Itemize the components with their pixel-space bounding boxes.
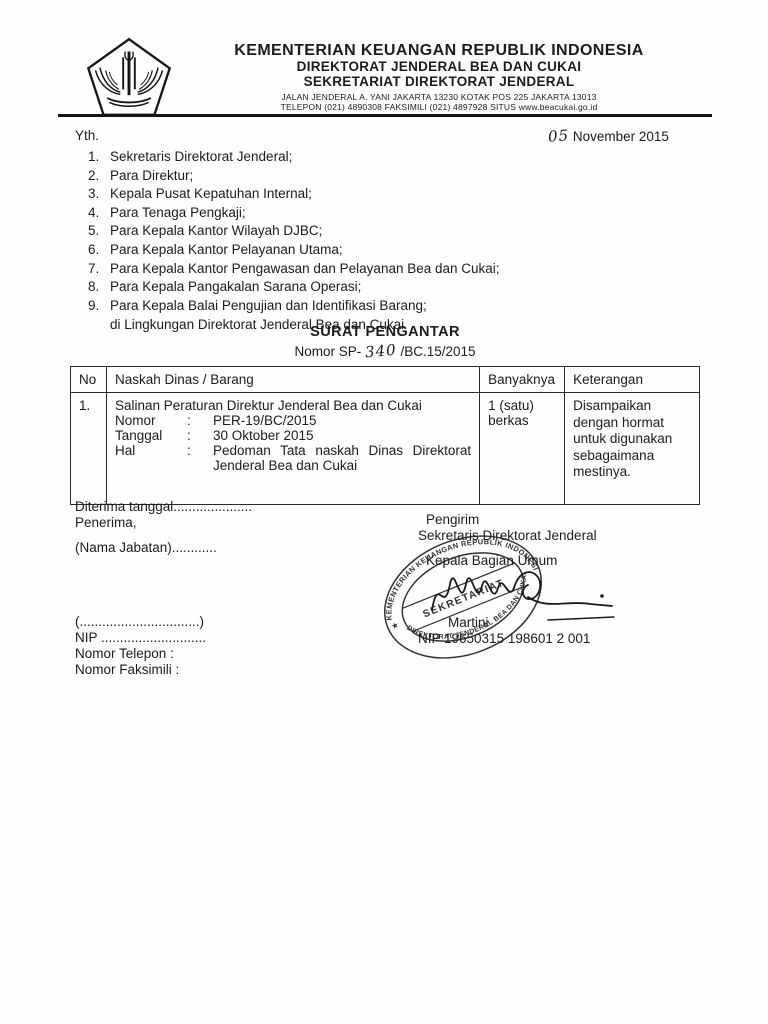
stamp-star: ★ xyxy=(390,619,401,631)
recipient-list: 1.Sekretaris Direktorat Jenderal; 2.Para… xyxy=(88,148,500,335)
list-item-text: Para Kepala Pangakalan Sarana Operasi; xyxy=(110,278,361,297)
receiver-label: Penerima, xyxy=(75,515,252,531)
column-header-note: Keterangan xyxy=(565,367,700,393)
list-item-number: 9. xyxy=(88,297,110,316)
table-row: 1. Salinan Peraturan Direktur Jenderal B… xyxy=(71,393,700,505)
list-item-number: 5. xyxy=(88,222,110,241)
list-item: 5.Para Kepala Kantor Wilayah DJBC; xyxy=(88,222,500,241)
cell-note: Disampaikan dengan hormat untuk digunaka… xyxy=(565,393,700,505)
letter-date-rest: November 2015 xyxy=(573,129,669,144)
field-colon: : xyxy=(187,413,213,428)
letter-number: Nomor SP- 340 /BC.15/2015 xyxy=(70,342,700,360)
list-item-number: 4. xyxy=(88,204,110,223)
cell-quantity: 1 (satu) berkas xyxy=(480,393,565,505)
field-colon: : xyxy=(187,443,213,473)
letter-title: SURAT PENGANTAR xyxy=(70,324,700,340)
item-field: Tanggal : 30 Oktober 2015 xyxy=(115,428,471,443)
list-item-text: Para Kepala Kantor Wilayah DJBC; xyxy=(110,222,322,241)
list-item-text: Para Tenaga Pengkaji; xyxy=(110,204,246,223)
field-label: Hal xyxy=(115,443,187,473)
letterhead-ministry: KEMENTERIAN KEUANGAN REPUBLIK INDONESIA xyxy=(150,42,728,59)
letterhead-directorate: DIREKTORAT JENDERAL BEA DAN CUKAI xyxy=(150,59,728,74)
receiver-phone-line: Nomor Telepon : xyxy=(75,646,252,662)
column-header-qty: Banyaknya xyxy=(480,367,565,393)
receiver-fax-line: Nomor Faksimili : xyxy=(75,662,252,678)
cell-item: Salinan Peraturan Direktur Jenderal Bea … xyxy=(106,393,479,505)
receiver-name-line: (................................) xyxy=(75,614,252,630)
list-item-text: Sekretaris Direktorat Jenderal; xyxy=(110,148,292,167)
signature-svg xyxy=(424,558,624,636)
list-item: 9.Para Kepala Balai Pengujian dan Identi… xyxy=(88,297,500,316)
letter-title-block: SURAT PENGANTAR Nomor SP- 340 /BC.15/201… xyxy=(70,324,700,360)
salutation: Yth. xyxy=(75,128,99,143)
list-item-text: Para Kepala Kantor Pengawasan dan Pelaya… xyxy=(110,260,500,279)
field-value: PER-19/BC/2015 xyxy=(213,413,471,428)
table-header-row: No Naskah Dinas / Barang Banyaknya Keter… xyxy=(71,367,700,393)
document-table: No Naskah Dinas / Barang Banyaknya Keter… xyxy=(70,366,700,505)
list-item-text: Para Direktur; xyxy=(110,167,193,186)
list-item-text: Kepala Pusat Kepatuhan Internal; xyxy=(110,185,312,204)
list-item: 7.Para Kepala Kantor Pengawasan dan Pela… xyxy=(88,260,500,279)
list-item-number: 6. xyxy=(88,241,110,260)
letterhead-contact: TELEPON (021) 4890308 FAKSIMILI (021) 48… xyxy=(150,102,728,112)
column-header-item: Naskah Dinas / Barang xyxy=(106,367,479,393)
letter-number-prefix: Nomor SP- xyxy=(295,344,362,359)
cell-no: 1. xyxy=(71,393,107,505)
letter-number-suffix: /BC.15/2015 xyxy=(400,344,475,359)
field-colon: : xyxy=(187,428,213,443)
item-line1: Salinan Peraturan Direktur Jenderal Bea … xyxy=(115,398,471,413)
field-value: 30 Oktober 2015 xyxy=(213,428,471,443)
sender-label: Pengirim xyxy=(426,512,597,528)
list-item: 4.Para Tenaga Pengkaji; xyxy=(88,204,500,223)
list-item-number: 7. xyxy=(88,260,110,279)
list-item: 3.Kepala Pusat Kepatuhan Internal; xyxy=(88,185,500,204)
signature xyxy=(424,558,624,636)
letter-number-handwritten: 340 xyxy=(364,341,397,362)
receiver-date-line: Diterima tanggal..................... xyxy=(75,499,252,515)
list-item: 6.Para Kepala Kantor Pelayanan Utama; xyxy=(88,241,500,260)
letter-date-day-handwritten: 05 xyxy=(547,126,570,146)
letterhead-secretariat: SEKRETARIAT DIREKTORAT JENDERAL xyxy=(150,74,728,89)
receiver-nip-line: NIP ............................ xyxy=(75,630,252,646)
letter-date: 05 November 2015 xyxy=(548,127,669,145)
field-label: Nomor xyxy=(115,413,187,428)
list-item-number: 8. xyxy=(88,278,110,297)
item-field: Hal : Pedoman Tata naskah Dinas Direktor… xyxy=(115,443,471,473)
list-item: 1.Sekretaris Direktorat Jenderal; xyxy=(88,148,500,167)
letterhead-address: JALAN JENDERAL A. YANI JAKARTA 13230 KOT… xyxy=(150,92,728,102)
receiver-block: Diterima tanggal..................... Pe… xyxy=(75,499,252,678)
list-item: 8.Para Kepala Pangakalan Sarana Operasi; xyxy=(88,278,500,297)
letterhead: KEMENTERIAN KEUANGAN REPUBLIK INDONESIA … xyxy=(150,42,728,112)
list-item-text: Para Kepala Kantor Pelayanan Utama; xyxy=(110,241,343,260)
field-label: Tanggal xyxy=(115,428,187,443)
list-item-number: 2. xyxy=(88,167,110,186)
list-item: 2.Para Direktur; xyxy=(88,167,500,186)
document-page: KEMENTERIAN KEUANGAN REPUBLIK INDONESIA … xyxy=(0,0,768,1024)
list-item-number: 3. xyxy=(88,185,110,204)
column-header-no: No xyxy=(71,367,107,393)
letterhead-rule xyxy=(58,114,712,117)
list-item-text: Para Kepala Balai Pengujian dan Identifi… xyxy=(110,297,427,316)
field-value: Pedoman Tata naskah Dinas Direktorat Jen… xyxy=(213,443,471,473)
item-field: Nomor : PER-19/BC/2015 xyxy=(115,413,471,428)
receiver-title-line: (Nama Jabatan)............ xyxy=(75,540,252,556)
list-item-number: 1. xyxy=(88,148,110,167)
